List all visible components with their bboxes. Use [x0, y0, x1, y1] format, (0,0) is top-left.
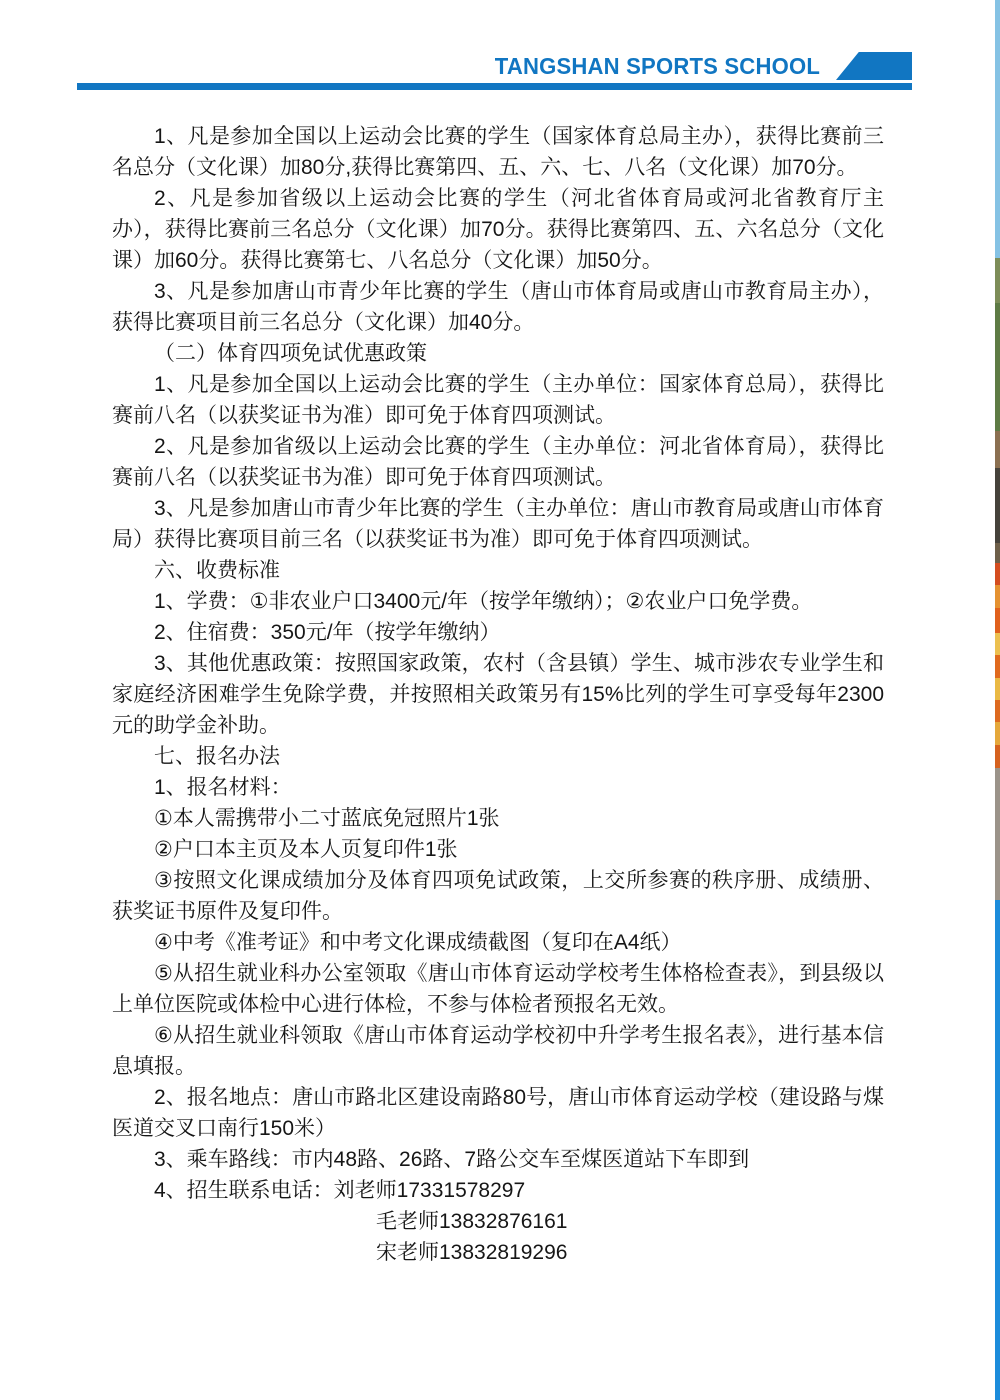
- paragraph: 2、住宿费：350元/年（按学年缴纳）: [112, 617, 884, 648]
- paragraph: （二）体育四项免试优惠政策: [112, 338, 884, 369]
- edge-strip-segment: [995, 563, 1000, 585]
- paragraph: 2、报名地点：唐山市路北区建设南路80号，唐山市体育运动学校（建设路与煤医道交叉…: [112, 1082, 884, 1144]
- edge-strip-segment: [995, 655, 1000, 678]
- page-edge-strip: [995, 0, 1000, 1400]
- document-body: 1、凡是参加全国以上运动会比赛的学生（国家体育总局主办），获得比赛前三名总分（文…: [112, 121, 884, 1268]
- paragraph: 3、凡是参加唐山市青少年比赛的学生（唐山市体育局或唐山市教育局主办），获得比赛项…: [112, 276, 884, 338]
- edge-strip-segment: [995, 608, 1000, 633]
- paragraph: 六、收费标准: [112, 555, 884, 586]
- edge-strip-segment: [995, 700, 1000, 722]
- paragraph: ④中考《准考证》和中考文化课成绩截图（复印在A4纸）: [112, 927, 884, 958]
- paragraph: ⑤从招生就业科办公室领取《唐山市体育运动学校考生体格检查表》，到县级以上单位医院…: [112, 958, 884, 1020]
- paragraph: 1、学费：①非农业户口3400元/年（按学年缴纳）；②农业户口免学费。: [112, 586, 884, 617]
- paragraph: 3、凡是参加唐山市青少年比赛的学生（主办单位：唐山市教育局或唐山市体育局）获得比…: [112, 493, 884, 555]
- paragraph: ⑥从招生就业科领取《唐山市体育运动学校初中升学考生报名表》，进行基本信息填报。: [112, 1020, 884, 1082]
- edge-strip-segment: [995, 900, 1000, 1400]
- edge-strip-segment: [995, 431, 1000, 468]
- paragraph: 1、报名材料：: [112, 772, 884, 803]
- header-rule: [77, 83, 912, 90]
- paragraph: 3、其他优惠政策：按照国家政策，农村（含县镇）学生、城市涉农专业学生和家庭经济困…: [112, 648, 884, 741]
- paragraph: ③按照文化课成绩加分及体育四项免试政策，上交所参赛的秩序册、成绩册、获奖证书原件…: [112, 865, 884, 927]
- paragraph: 2、凡是参加省级以上运动会比赛的学生（主办单位：河北省体育局），获得比赛前八名（…: [112, 431, 884, 493]
- paragraph: 毛老师13832876161: [376, 1206, 884, 1237]
- edge-strip-segment: [995, 633, 1000, 655]
- paragraph: 1、凡是参加全国以上运动会比赛的学生（国家体育总局主办），获得比赛前三名总分（文…: [112, 121, 884, 183]
- paragraph: ①本人需携带小二寸蓝底免冠照片1张: [112, 803, 884, 834]
- edge-strip-segment: [995, 722, 1000, 745]
- edge-strip-segment: [995, 258, 1000, 303]
- school-name-text: TANGSHAN SPORTS SCHOOL: [33, 53, 820, 80]
- edge-strip-segment: [995, 0, 1000, 258]
- edge-strip-segment: [995, 468, 1000, 543]
- edge-strip-segment: [995, 768, 1000, 900]
- edge-strip-segment: [995, 678, 1000, 700]
- paragraph: 宋老师13832819296: [376, 1237, 884, 1268]
- paragraph: 4、招生联系电话：刘老师17331578297: [112, 1175, 884, 1206]
- paragraph: 2、凡是参加省级以上运动会比赛的学生（河北省体育局或河北省教育厅主办），获得比赛…: [112, 183, 884, 276]
- paragraph: 3、乘车路线：市内48路、26路、7路公交车至煤医道站下车即到: [112, 1144, 884, 1175]
- edge-strip-segment: [995, 745, 1000, 768]
- paragraph: 1、凡是参加全国以上运动会比赛的学生（主办单位：国家体育总局），获得比赛前八名（…: [112, 369, 884, 431]
- edge-strip-segment: [995, 543, 1000, 563]
- paragraph: ②户口本主页及本人页复印件1张: [112, 834, 884, 865]
- paragraph: 七、报名办法: [112, 741, 884, 772]
- edge-strip-segment: [995, 303, 1000, 431]
- header-flag-shape: [836, 52, 912, 80]
- edge-strip-segment: [995, 585, 1000, 608]
